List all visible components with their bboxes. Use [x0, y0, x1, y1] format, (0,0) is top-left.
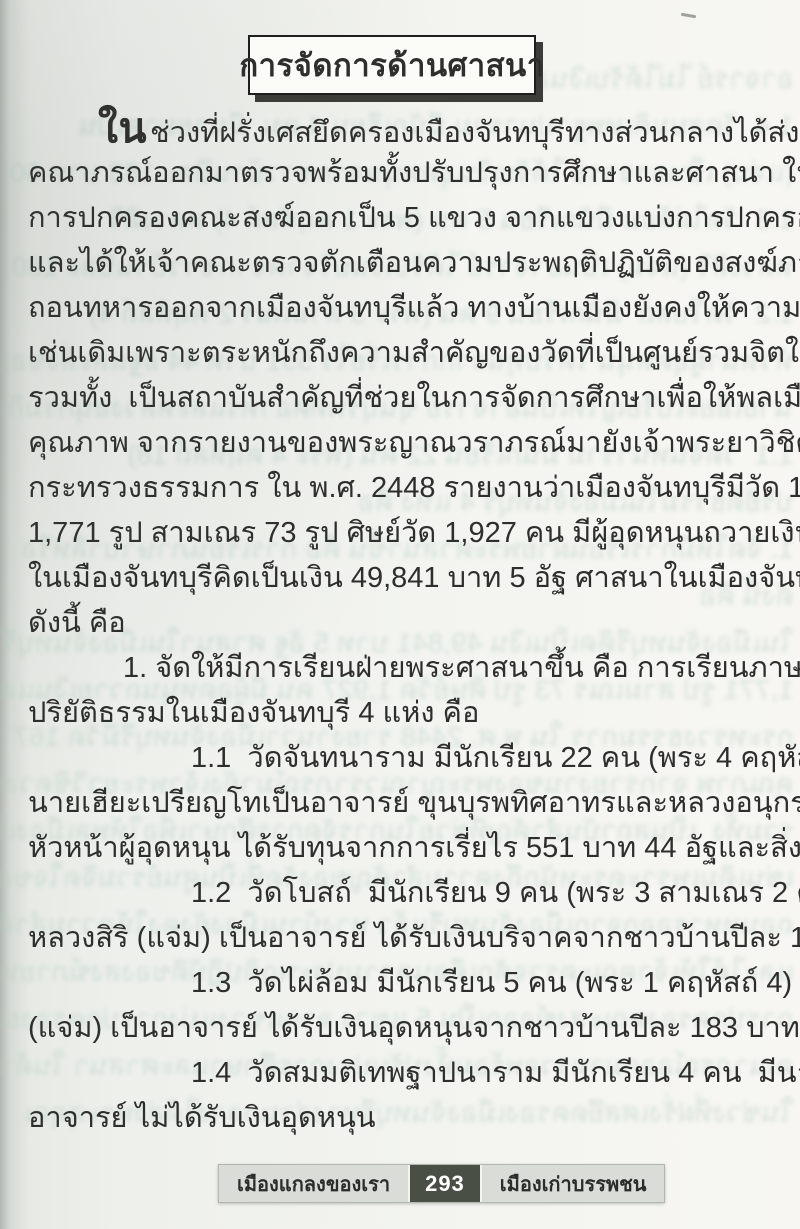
text-line: การปกครองคณะสงฆ์ออกเป็น 5 แขวง จากแขวงแบ… [28, 196, 794, 241]
scanned-book-page: { "page": { "title": "การจัดการด้านศาสนา… [0, 0, 800, 1229]
text-line: ในเมืองจันทบุรีคิดเป็นเงิน 49,841 บาท 5 … [28, 556, 794, 601]
text-line: 1.3 วัดไผ่ล้อม มีนักเรียน 5 คน (พระ 1 คฤ… [28, 961, 794, 1006]
text-line: ดังนี้ คือ [28, 601, 794, 646]
text-line: อาจารย์ ไม่ได้รับเงินอุดหนุน [28, 1096, 794, 1141]
footer-book-title-left: เมืองแกลงของเรา [219, 1165, 408, 1202]
text-line: ถอนทหารออกจากเมืองจันทบุรีแล้ว ทางบ้านเม… [28, 286, 794, 331]
section-title-box: การจัดการด้านศาสนา [248, 35, 536, 95]
text-line: และได้ให้เจ้าคณะตรวจตักเตือนความประพฤติป… [28, 241, 794, 286]
text-line: คณาภรณ์ออกมาตรวจพร้อมทั้งปรับปรุงการศึกษ… [28, 151, 794, 196]
text-line: 1.1 วัดจันทนาราม มีนักเรียน 22 คน (พระ 4… [28, 736, 794, 781]
text-line: 1.2 วัดโบสถ์ มีนักเรียน 9 คน (พระ 3 สามเ… [28, 871, 794, 916]
text-line: เช่นเดิมเพราะตระหนักถึงความสำคัญของวัดที… [28, 331, 794, 376]
section-title: การจัดการด้านศาสนา [239, 40, 544, 90]
body-text: ในช่วงที่ฝรั่งเศสยึดครองเมืองจันทบุรีทาง… [28, 106, 794, 1141]
page-footer: เมืองแกลงของเรา 293 เมืองเก่าบรรพชน [218, 1164, 665, 1203]
text-line: 1. จัดให้มีการเรียนฝ่ายพระศาสนาขึ้น คือ … [28, 646, 794, 691]
text-line: 1,771 รูป สามเณร 73 รูป ศิษย์วัด 1,927 ค… [28, 511, 794, 556]
paragraph-lead-word: ใน [98, 105, 147, 151]
text-line: (แจ่ม) เป็นอาจารย์ ได้รับเงินอุดหนุนจากช… [28, 1006, 794, 1051]
text-line: นายเฮียะเปรียญโทเป็นอาจารย์ ขุนบุรพทิศอา… [28, 781, 794, 826]
footer-page-number: 293 [410, 1165, 480, 1202]
text-line: คุณภาพ จากรายงานของพระญาณวราภรณ์มายังเจ้… [28, 421, 794, 466]
text-line: หัวหน้าผู้อุดหนุน ได้รับทุนจากการเรี่ยไร… [28, 826, 794, 871]
text-line: หลวงสิริ (แจ่ม) เป็นอาจารย์ ได้รับเงินบร… [28, 916, 794, 961]
text-line: ปริยัติธรรมในเมืองจันทบุรี 4 แห่ง คือ [28, 691, 794, 736]
footer-book-title-right: เมืองเก่าบรรพชน [482, 1165, 665, 1202]
text-line: 1.4 วัดสมมติเทพฐาปนาราม มีนักเรียน 4 คน … [28, 1051, 794, 1096]
text-line: กระทรวงธรรมการ ใน พ.ศ. 2448 รายงานว่าเมื… [28, 466, 794, 511]
text-line: รวมทั้ง เป็นสถาบันสำคัญที่ช่วยในการจัดกา… [28, 376, 794, 421]
text-line: ในช่วงที่ฝรั่งเศสยึดครองเมืองจันทบุรีทาง… [28, 106, 794, 151]
